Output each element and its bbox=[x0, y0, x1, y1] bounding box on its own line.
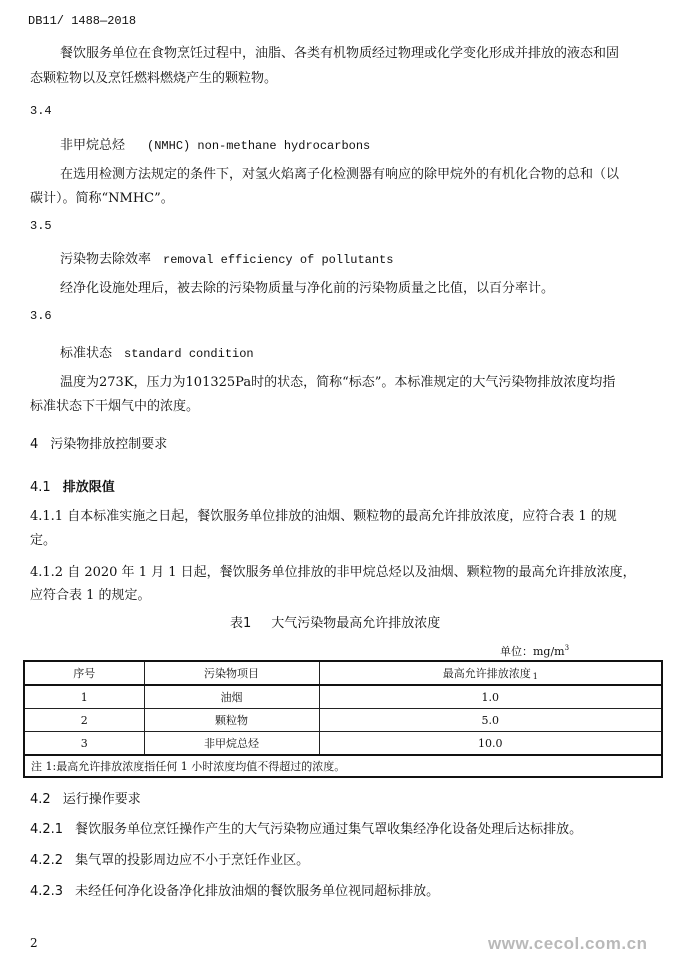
term-heading-standard-condition: 标准状态standard condition bbox=[60, 342, 254, 362]
clause-4-1-1-line2: 定。 bbox=[30, 529, 56, 548]
table-row: 1 油烟 1.0 bbox=[24, 685, 662, 709]
definition-line1: 在选用检测方法规定的条件下，对氢火焰离子化检测器有响应的除甲烷外的有机化合物的总… bbox=[60, 163, 619, 182]
clause-4-1-2-line1: 4.1.2 自 2020 年 1 月 1 日起，餐饮服务单位排放的非甲烷总烃以及… bbox=[30, 561, 636, 580]
term-cn: 标准状态 bbox=[60, 346, 112, 361]
table-row: 3 非甲烷总烃 10.0 bbox=[24, 732, 662, 756]
section-number-3-5: 3.5 bbox=[30, 219, 52, 233]
table-note-row: 注 1:最高允许排放浓度指任何 1 小时浓度均值不得超过的浓度。 bbox=[24, 755, 662, 777]
term-heading-removal-efficiency: 污染物去除效率removal efficiency of pollutants bbox=[60, 248, 393, 268]
header-serial: 序号 bbox=[24, 661, 144, 685]
term-en: removal efficiency of pollutants bbox=[163, 253, 393, 267]
chapter-heading-4: 4污染物排放控制要求 bbox=[30, 433, 167, 452]
table-unit-label: 单位：mg/m3 bbox=[500, 643, 569, 659]
definition-line1: 经净化设施处理后，被去除的污染物质量与净化前的污染物质量之比值，以百分率计。 bbox=[60, 277, 554, 296]
section-number-3-4: 3.4 bbox=[30, 104, 52, 118]
definition-line1: 温度为273K，压力为101325Pa时的状态，简称“标态”。本标准规定的大气污… bbox=[60, 371, 615, 390]
standard-code: DB11/ 1488—2018 bbox=[28, 14, 136, 28]
clause-4-2-3: 4.2.3未经任何净化设备净化排放油烟的餐饮服务单位视同超标排放。 bbox=[30, 880, 439, 899]
clause-4-2-1: 4.2.1餐饮服务单位烹饪操作产生的大气污染物应通过集气罩收集经净化设备处理后达… bbox=[30, 818, 582, 837]
table-caption: 表1大气污染物最高允许排放浓度 bbox=[230, 612, 440, 631]
header-pollutant: 污染物项目 bbox=[144, 661, 319, 685]
watermark: www.cecol.com.cn bbox=[488, 934, 647, 954]
clause-4-1-1-line1: 4.1.1 自本标准实施之日起，餐饮服务单位排放的油烟、颗粒物的最高允许排放浓度… bbox=[30, 505, 617, 524]
emission-limits-table: 序号 污染物项目 最高允许排放浓度1 1 油烟 1.0 2 颗粒物 5.0 3 … bbox=[23, 660, 663, 778]
term-en: (NMHC) non-methane hydrocarbons bbox=[147, 139, 370, 153]
clause-4-2-2: 4.2.2集气罩的投影周边应不小于烹饪作业区。 bbox=[30, 849, 309, 868]
table-row: 2 颗粒物 5.0 bbox=[24, 709, 662, 732]
table-header-row: 序号 污染物项目 最高允许排放浓度1 bbox=[24, 661, 662, 685]
clause-4-1-2-line2: 应符合表 1 的规定。 bbox=[30, 584, 151, 603]
term-en: standard condition bbox=[124, 347, 254, 361]
section-heading-4-2: 4.2运行操作要求 bbox=[30, 788, 141, 807]
header-max-concentration: 最高允许排放浓度1 bbox=[319, 661, 662, 685]
intro-paragraph-line1: 餐饮服务单位在食物烹饪过程中，油脂、各类有机物质经过物理或化学变化形成并排放的液… bbox=[60, 42, 619, 61]
intro-paragraph-line2: 态颗粒物以及烹饪燃料燃烧产生的颗粒物。 bbox=[30, 67, 277, 86]
section-heading-4-1: 4.1排放限值 bbox=[30, 476, 115, 495]
definition-line2: 标准状态下干烟气中的浓度。 bbox=[30, 395, 199, 414]
term-cn: 非甲烷总烃 bbox=[60, 138, 125, 153]
page-number: 2 bbox=[30, 936, 38, 950]
section-number-3-6: 3.6 bbox=[30, 309, 52, 323]
term-heading-nmhc: 非甲烷总烃(NMHC) non-methane hydrocarbons bbox=[60, 134, 370, 154]
term-cn: 污染物去除效率 bbox=[60, 252, 151, 267]
table-note: 注 1:最高允许排放浓度指任何 1 小时浓度均值不得超过的浓度。 bbox=[24, 755, 662, 777]
definition-line2: 碳计）。简称“NMHC”。 bbox=[30, 187, 174, 206]
